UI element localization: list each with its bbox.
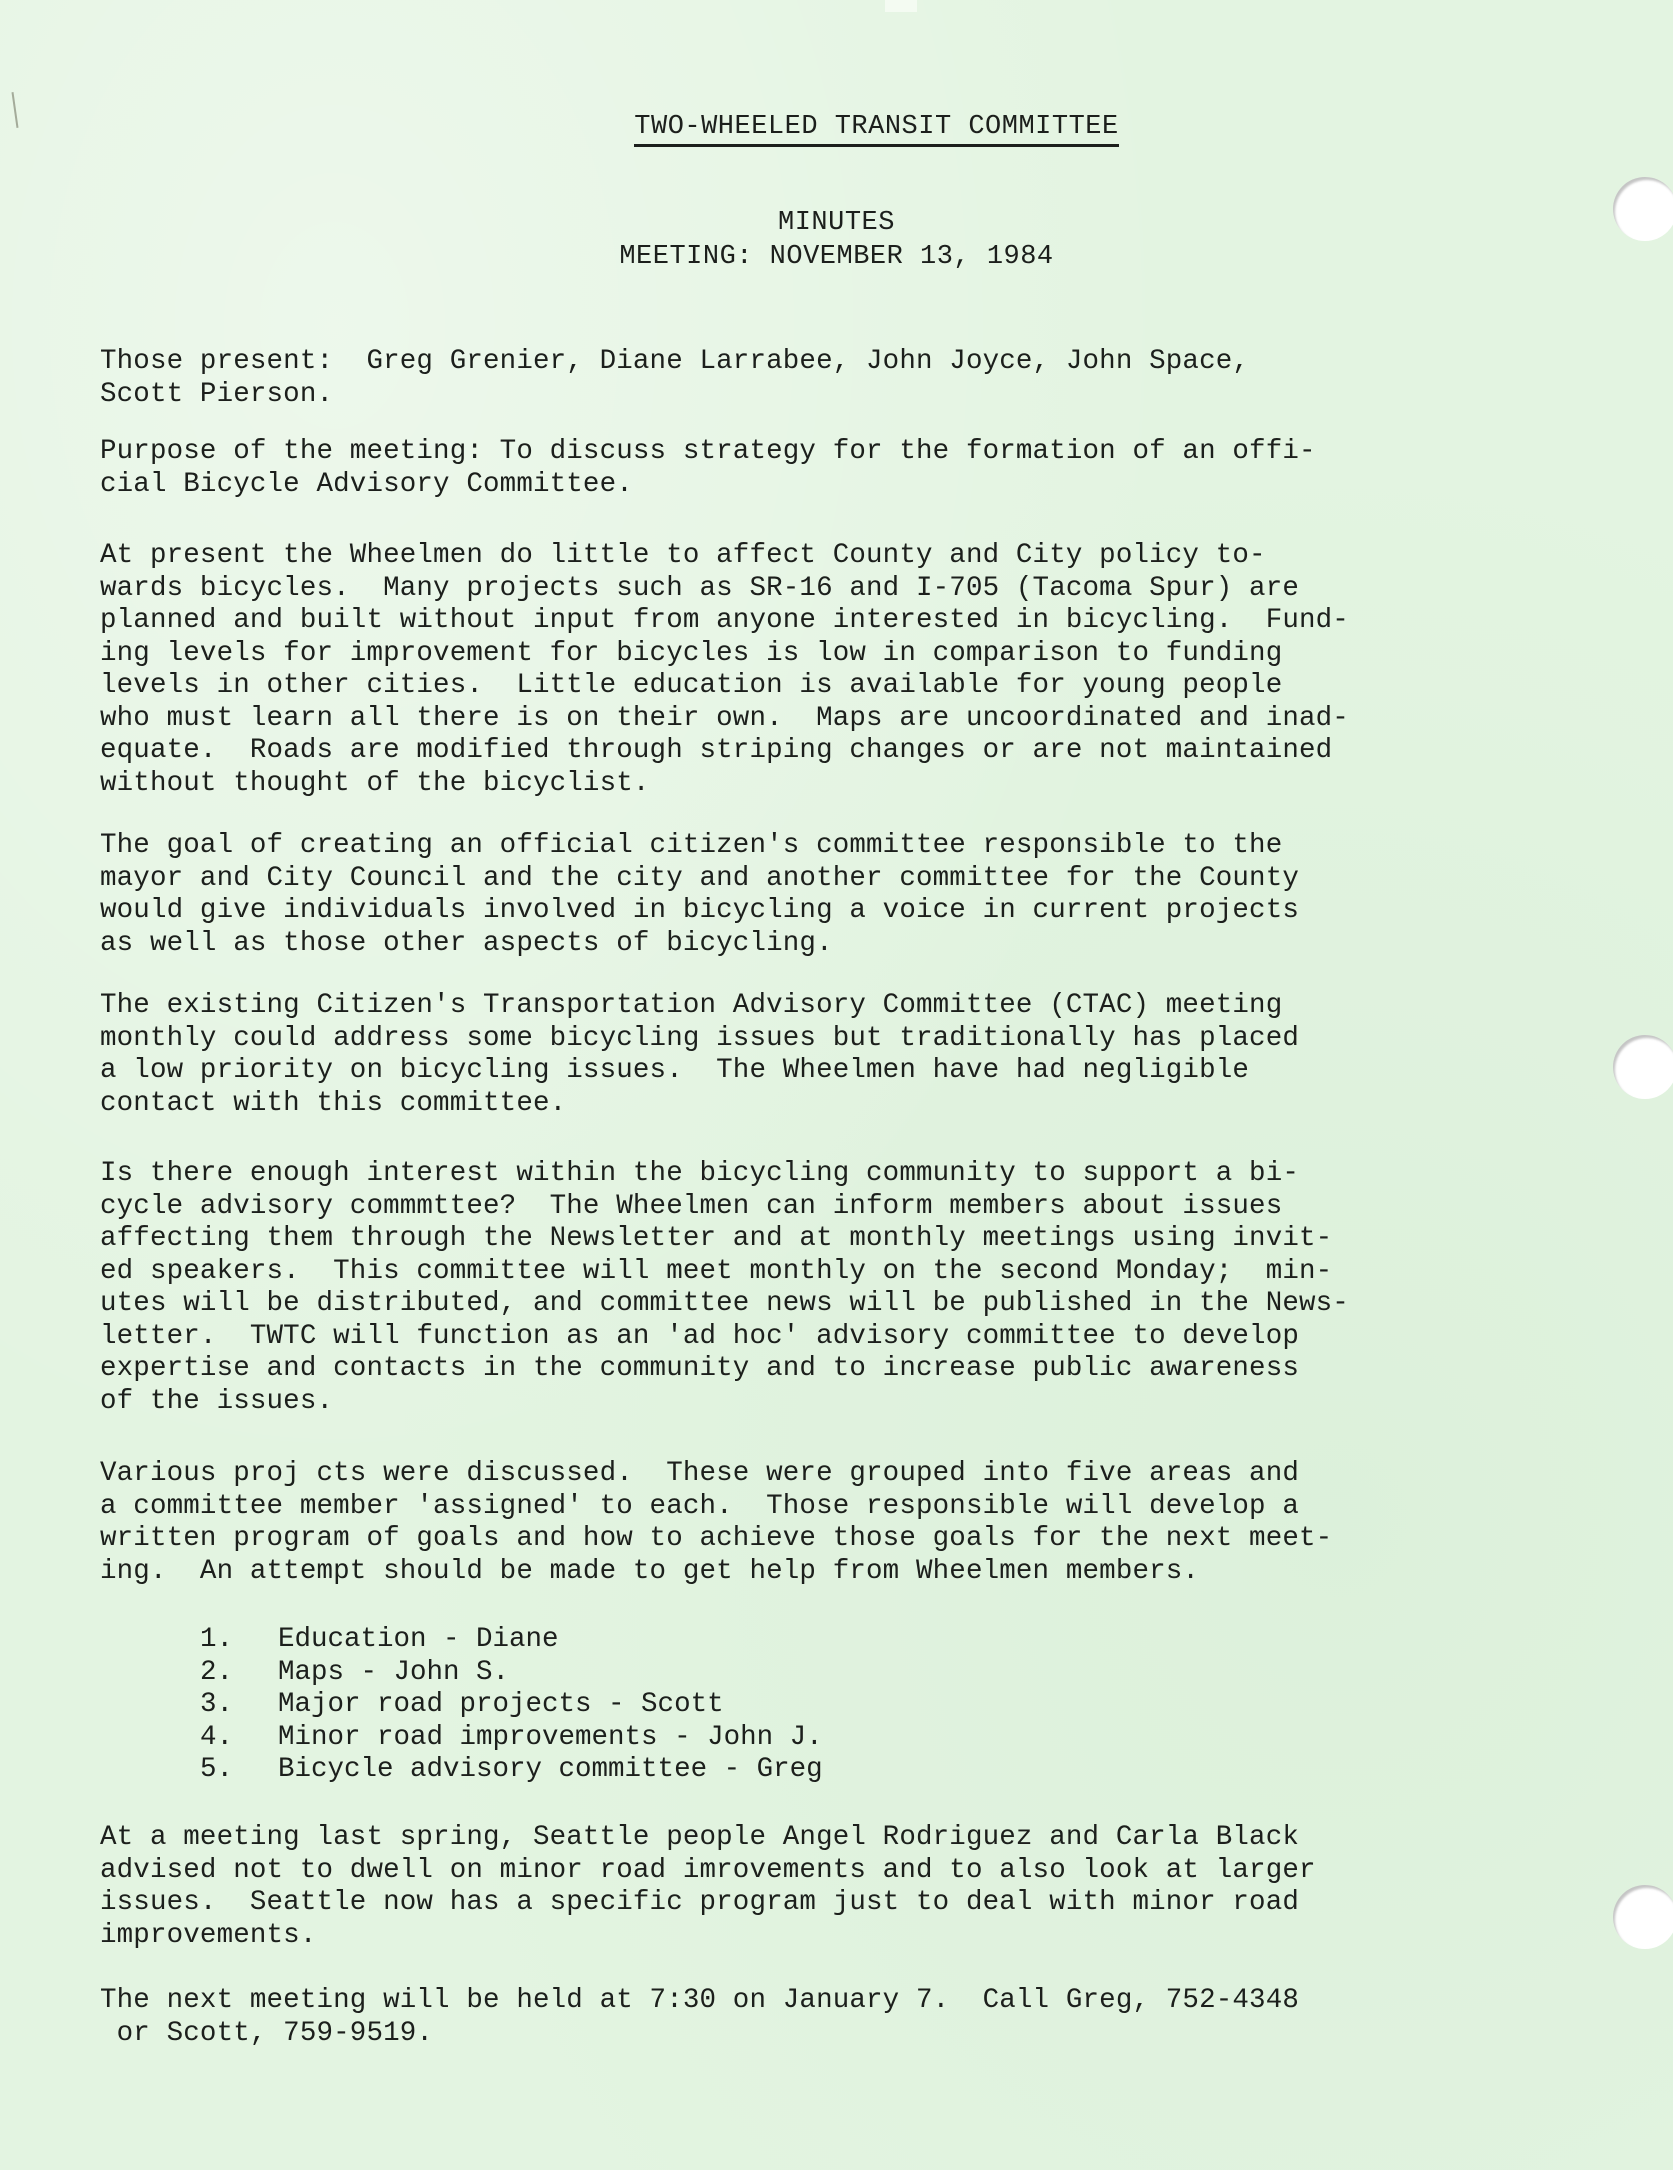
list-item: 1.Education - Diane [200, 1624, 823, 1657]
next-meeting-paragraph: The next meeting will be held at 7:30 on… [100, 1985, 1580, 2050]
list-item: 5.Bicycle advisory committee - Greg [200, 1754, 823, 1787]
paper-tear [885, 0, 917, 12]
purpose-paragraph: Purpose of the meeting: To discuss strat… [100, 436, 1580, 501]
ctac-paragraph: The existing Citizen's Transportation Ad… [100, 990, 1580, 1120]
punch-hole-icon [1613, 1035, 1673, 1099]
goal-paragraph: The goal of creating an official citizen… [100, 830, 1580, 960]
meeting-date: MEETING: NOVEMBER 13, 1984 [0, 242, 1673, 272]
item-text: Major road projects - Scott [278, 1689, 724, 1720]
committee-name: TWO-WHEELED TRANSIT COMMITTEE [634, 112, 1118, 147]
projects-paragraph: Various proj cts were discussed. These w… [100, 1458, 1580, 1588]
list-item: 3.Major road projects - Scott [200, 1689, 823, 1722]
punch-hole-icon [1613, 1885, 1673, 1949]
assignment-list: 1.Education - Diane 2.Maps - John S. 3.M… [200, 1624, 823, 1787]
list-item: 2.Maps - John S. [200, 1657, 823, 1690]
document-title: TWO-WHEELED TRANSIT COMMITTEE [0, 112, 1673, 142]
item-text: Maps - John S. [278, 1657, 509, 1688]
item-number: 3. [200, 1689, 278, 1722]
seattle-paragraph: At a meeting last spring, Seattle people… [100, 1822, 1580, 1952]
item-text: Minor road improvements - John J. [278, 1722, 823, 1753]
current-situation-paragraph: At present the Wheelmen do little to aff… [100, 540, 1580, 800]
item-number: 4. [200, 1722, 278, 1755]
item-text: Education - Diane [278, 1624, 559, 1655]
list-item: 4.Minor road improvements - John J. [200, 1722, 823, 1755]
minutes-heading: MINUTES [0, 208, 1673, 238]
interest-paragraph: Is there enough interest within the bicy… [100, 1158, 1580, 1418]
item-number: 2. [200, 1657, 278, 1690]
item-number: 5. [200, 1754, 278, 1787]
attendees-paragraph: Those present: Greg Grenier, Diane Larra… [100, 346, 1580, 411]
item-text: Bicycle advisory committee - Greg [278, 1754, 823, 1785]
item-number: 1. [200, 1624, 278, 1657]
